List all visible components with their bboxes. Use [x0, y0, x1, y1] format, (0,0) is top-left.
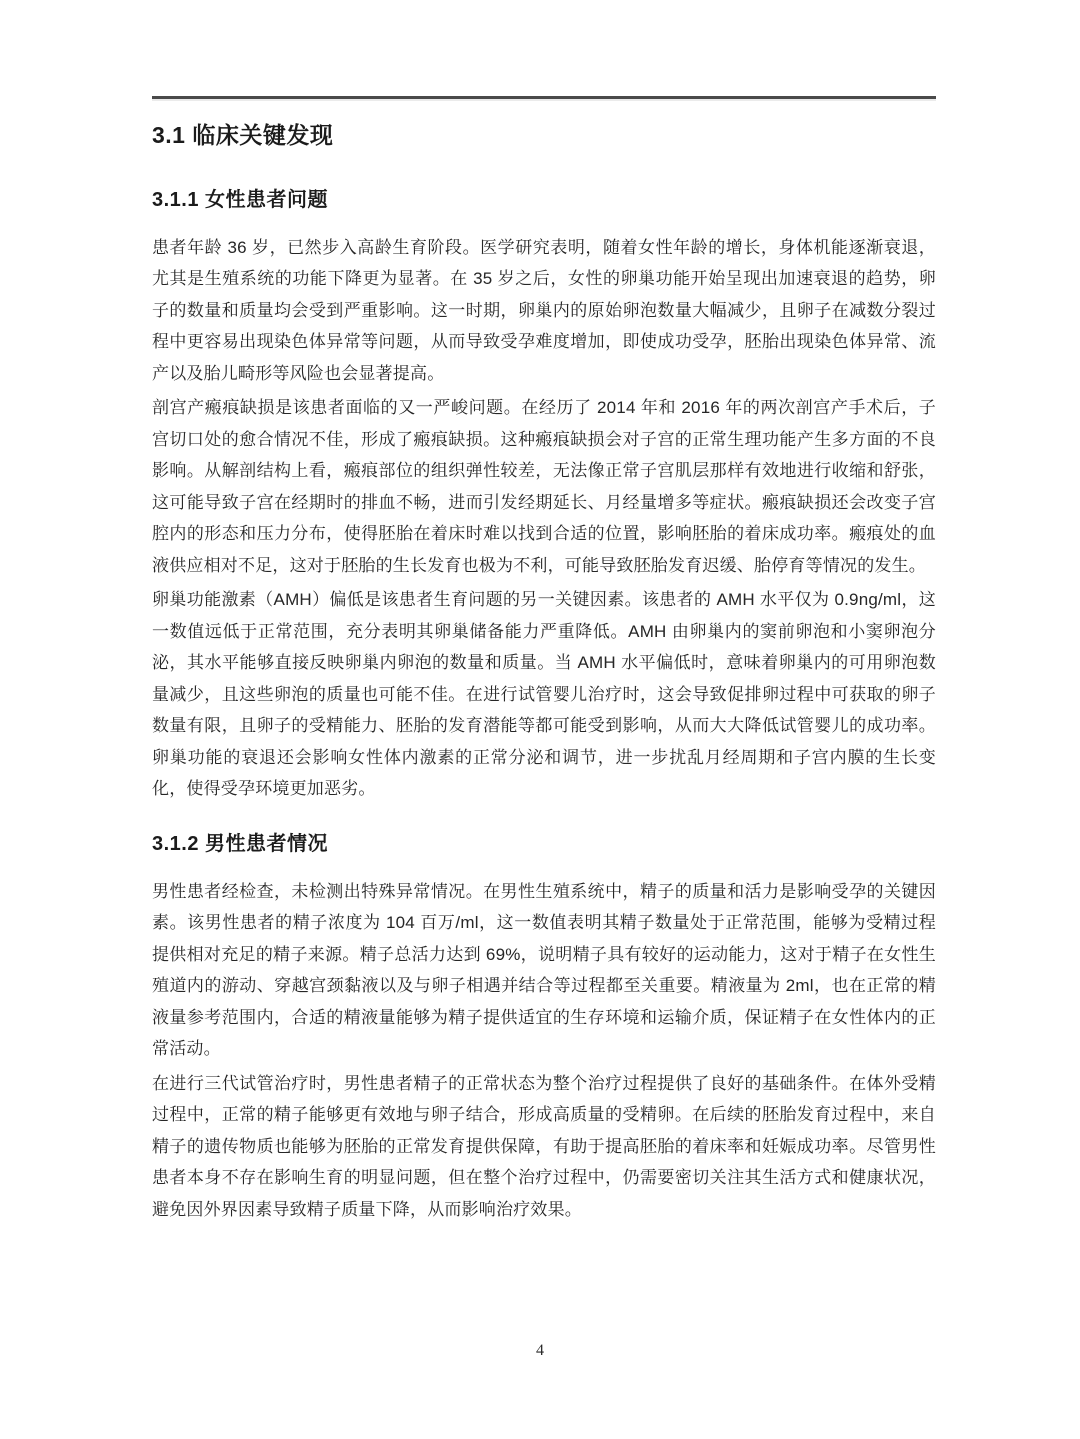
subsection-heading-male-patient: 3.1.2 男性患者情况: [152, 832, 936, 856]
page-number: 4: [0, 1342, 1080, 1360]
section-heading: 3.1 临床关键发现: [152, 122, 936, 150]
paragraph-male-sperm-findings: 男性患者经检查，未检测出特殊异常情况。在男性生殖系统中，精子的质量和活力是影响受…: [152, 876, 936, 1065]
document-page: 3.1 临床关键发现 3.1.1 女性患者问题 患者年龄 36 岁，已然步入高龄…: [0, 0, 1080, 1439]
paragraph-female-age: 患者年龄 36 岁，已然步入高龄生育阶段。医学研究表明，随着女性年龄的增长，身体…: [152, 232, 936, 390]
subsection-heading-female-patient: 3.1.1 女性患者问题: [152, 188, 936, 212]
paragraph-male-ivf-outlook: 在进行三代试管治疗时，男性患者精子的正常状态为整个治疗过程提供了良好的基础条件。…: [152, 1068, 936, 1226]
header-divider-rule: [152, 96, 936, 99]
paragraph-amh-level: 卵巢功能激素（AMH）偏低是该患者生育问题的另一关键因素。该患者的 AMH 水平…: [152, 584, 936, 805]
paragraph-cesarean-scar-defect: 剖宫产瘢痕缺损是该患者面临的又一严峻问题。在经历了 2014 年和 2016 年…: [152, 392, 936, 581]
page-content: 3.1 临床关键发现 3.1.1 女性患者问题 患者年龄 36 岁，已然步入高龄…: [152, 0, 936, 1228]
